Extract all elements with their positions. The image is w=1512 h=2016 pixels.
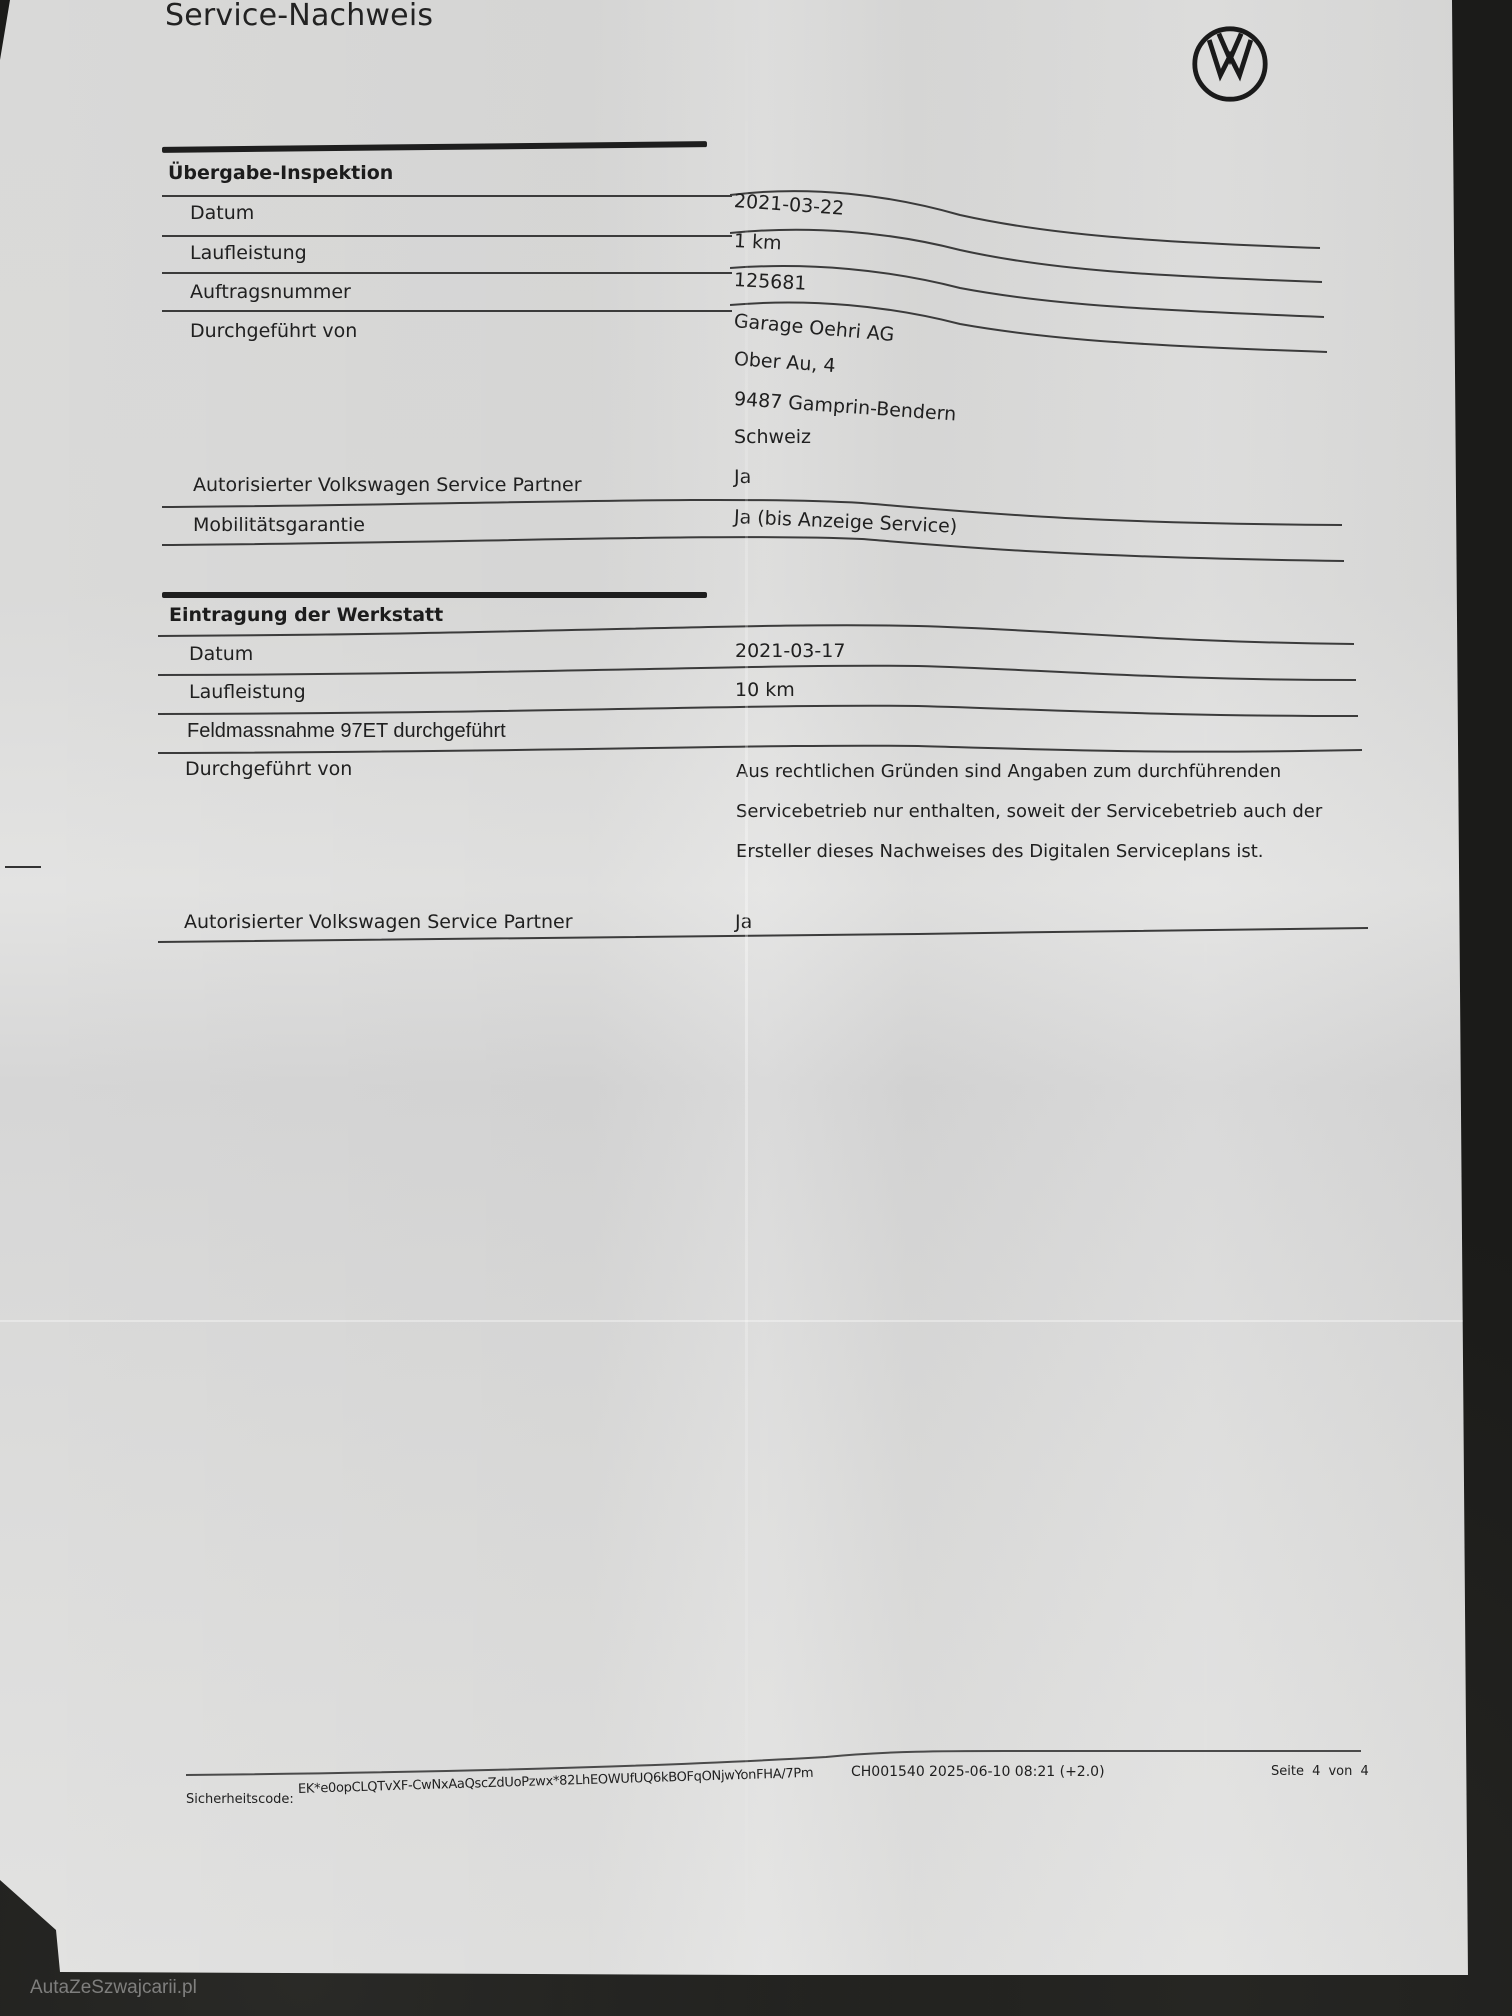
row-divider [162,310,732,312]
label-auftragsnummer: Auftragsnummer [190,281,351,303]
document-title: Service-Nachweis [165,0,433,33]
page-number: Seite 4 von 4 [1271,1764,1369,1779]
label-durchgefuehrt-von: Durchgeführt von [190,320,357,342]
label-autorisierter-partner: Autorisierter Volkswagen Service Partner [193,474,582,496]
label-laufleistung: Laufleistung [190,242,307,264]
label-durchgefuehrt-von-werkstatt: Durchgeführt von [185,758,352,780]
label-datum-werkstatt: Datum [189,643,253,665]
row-divider [162,235,732,237]
value-garage-country: Schweiz [734,426,811,448]
vw-logo-icon [1190,24,1270,104]
value-laufleistung-werkstatt: 10 km [735,679,795,701]
label-laufleistung-werkstatt: Laufleistung [189,681,306,703]
value-garage-city: 9487 Gamprin-Bendern [733,388,957,425]
value-auftragsnummer: 125681 [733,269,807,295]
value-datum-werkstatt: 2021-03-17 [735,640,845,662]
row-divider [162,195,732,197]
value-autorisierter-partner-werkstatt: Ja [735,911,752,933]
document-id: CH001540 [851,1764,925,1780]
label-mobilitaetsgarantie: Mobilitätsgarantie [193,514,365,536]
section-heading-handover: Übergabe-Inspektion [168,162,393,184]
row-divider [162,272,732,274]
section-divider-bar [162,592,707,598]
label-autorisierter-partner-werkstatt: Autorisierter Volkswagen Service Partner [184,911,573,933]
margin-mark [5,866,41,868]
security-code-label: Sicherheitscode: [186,1792,294,1807]
label-datum: Datum [190,202,254,224]
watermark: AutaZeSzwajcarii.pl [30,1977,197,1999]
value-laufleistung: 1 km [733,230,782,254]
value-autorisierter-partner: Ja [734,466,751,488]
service-document-page: Service-Nachweis Übergabe-Inspektion Dat… [0,0,1470,1975]
section-divider-bar [162,141,707,153]
label-feldmassnahme: Feldmassnahme 97ET durchgeführt [187,720,506,743]
legal-note: Aus rechtlichen Gründen sind Angaben zum… [736,752,1366,872]
document-timestamp: 2025-06-10 08:21 (+2.0) [929,1764,1105,1780]
